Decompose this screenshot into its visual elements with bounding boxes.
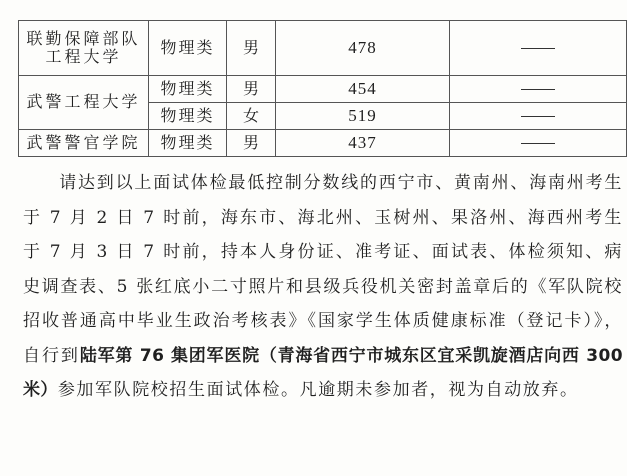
dash-mark (521, 143, 555, 144)
school-cell: 联勤保障部队 工程大学 (19, 21, 149, 76)
dash-mark (521, 48, 555, 49)
category-cell: 物理类 (149, 103, 227, 130)
category-cell: 物理类 (149, 130, 227, 157)
school-name-line: 工程大学 (45, 47, 121, 66)
dash-mark (521, 89, 555, 90)
category-cell: 物理类 (149, 76, 227, 103)
score-cell: 519 (276, 103, 450, 130)
score-threshold-table: 联勤保障部队 工程大学 物理类 男 478 武警工程大学 物理类 男 454 物… (18, 20, 627, 157)
score-cell: 478 (276, 21, 450, 76)
table-row: 联勤保障部队 工程大学 物理类 男 478 (19, 21, 627, 76)
gender-cell: 男 (227, 21, 276, 76)
note-cell (450, 103, 627, 130)
school-cell: 武警警官学院 (19, 130, 149, 157)
category-cell: 物理类 (149, 21, 227, 76)
notice-paragraph: 请达到以上面试体检最低控制分数线的西宁市、黄南州、海南州考生于 7 月 2 日 … (23, 166, 623, 408)
gender-cell: 女 (227, 103, 276, 130)
score-cell: 454 (276, 76, 450, 103)
gender-cell: 男 (227, 76, 276, 103)
school-name-line: 联勤保障部队 (26, 29, 140, 48)
score-cell: 437 (276, 130, 450, 157)
note-cell (450, 130, 627, 157)
school-cell: 武警工程大学 (19, 76, 149, 130)
table-row: 武警警官学院 物理类 男 437 (19, 130, 627, 157)
dash-mark (521, 116, 555, 117)
note-cell (450, 21, 627, 76)
notice-text-part1: 请达到以上面试体检最低控制分数线的西宁市、黄南州、海南州考生于 7 月 2 日 … (23, 173, 623, 366)
note-cell (450, 76, 627, 103)
gender-cell: 男 (227, 130, 276, 157)
notice-text-part2: 参加军队院校招生面试体检。凡逾期未参加者，视为自动放弃。 (58, 380, 579, 400)
table-row: 武警工程大学 物理类 男 454 (19, 76, 627, 103)
